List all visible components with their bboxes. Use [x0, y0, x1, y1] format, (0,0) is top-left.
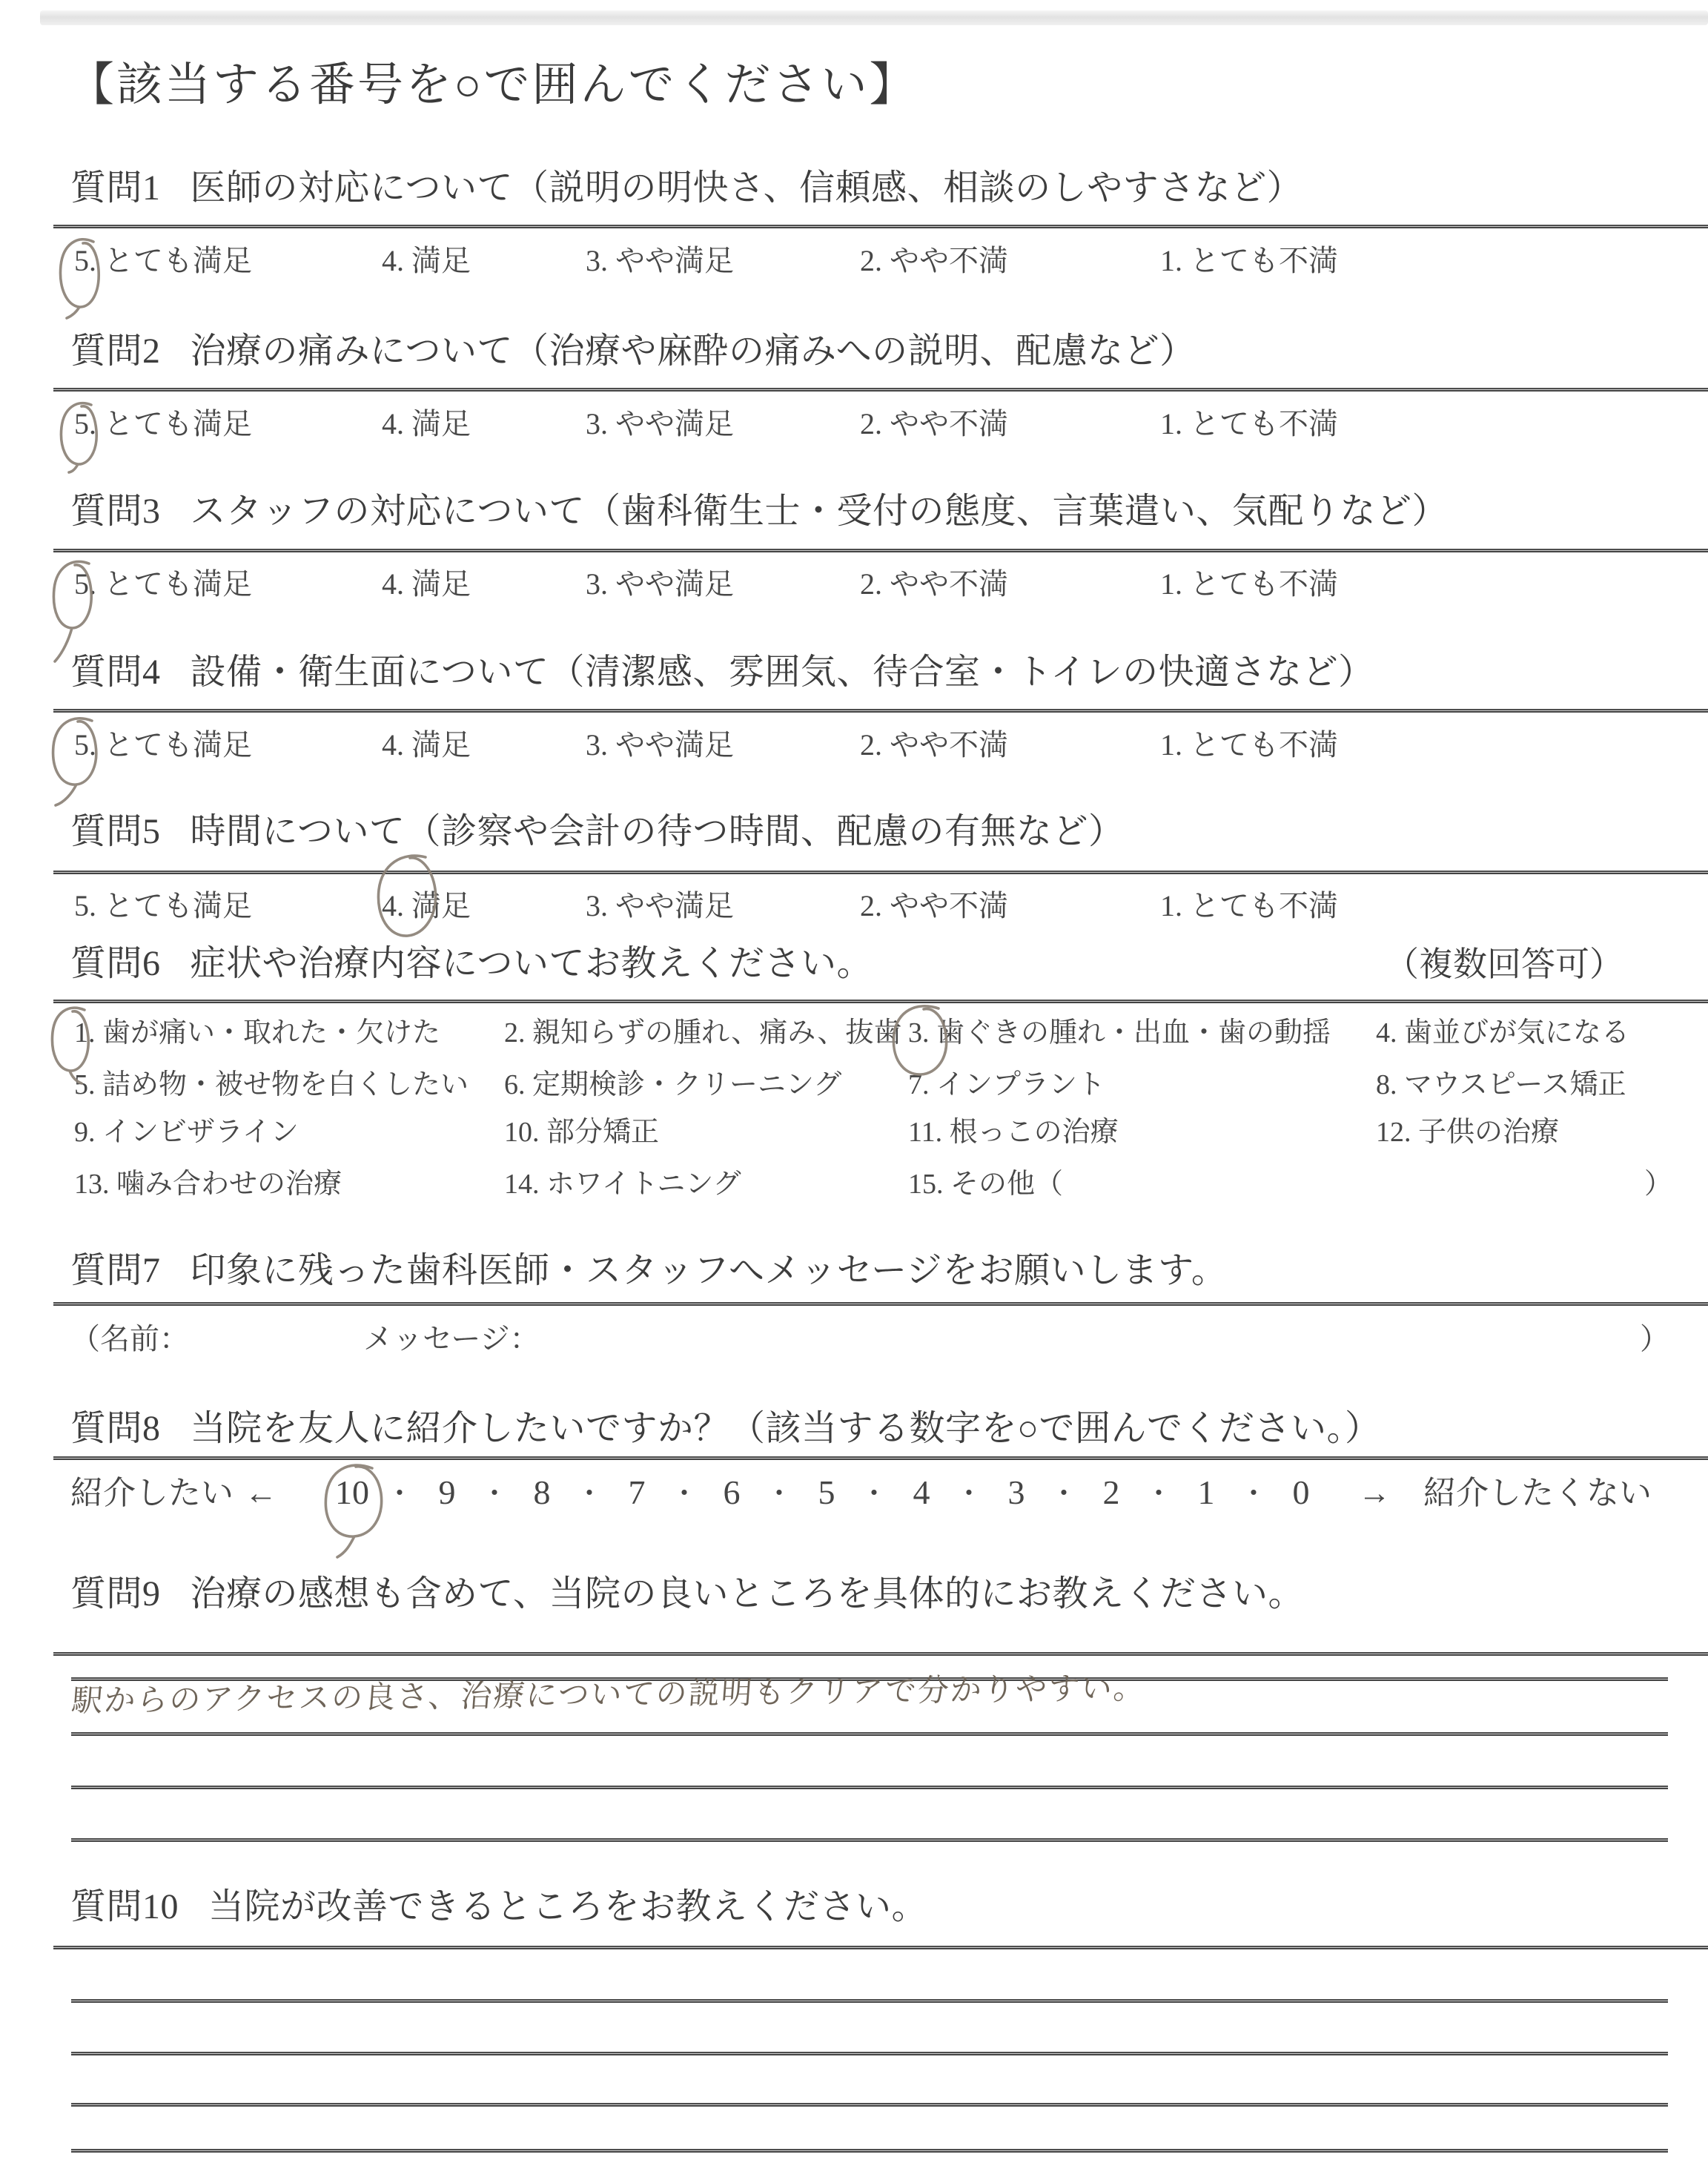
q9-answer-line-3 — [71, 1786, 1668, 1789]
q3-option-2: 2. やや不満 — [860, 569, 1008, 599]
q8-number-1: 1 — [1198, 1476, 1215, 1510]
question-5-text: 時間について（診察や会計の待つ時間、配慮の有無など） — [191, 812, 1125, 851]
q1-option-4: 4. 満足 — [382, 246, 471, 276]
q6-item-15: 15. その他（ — [908, 1170, 1063, 1198]
pencil-circle-q1-option5 — [55, 233, 108, 320]
rule-q7 — [53, 1302, 1708, 1306]
question-4-title: 質問4設備・衛生面について（清潔感、雰囲気、待合室・トイレの快適さなど） — [70, 655, 1374, 690]
rule-q4 — [53, 709, 1708, 713]
q8-number-9: 9 — [439, 1476, 456, 1510]
question-7-number: 質問7 — [70, 1251, 161, 1290]
scan-artifact-band — [40, 10, 1708, 25]
pencil-circle-q5-option4 — [369, 850, 446, 946]
pencil-circle-q3-option5 — [47, 556, 104, 664]
q8-number-2: 2 — [1103, 1476, 1120, 1510]
q8-left-label: 紹介したい — [70, 1477, 234, 1510]
q6-item-1: 1. 歯が痛い・取れた・欠けた — [74, 1019, 440, 1047]
question-1-title: 質問1医師の対応について（説明の明快さ、信頼感、相談のしやすさなど） — [70, 171, 1302, 206]
q3-option-1: 1. とても不満 — [1160, 569, 1338, 599]
rule-q3 — [53, 549, 1708, 552]
q5-option-2: 2. やや不満 — [860, 891, 1008, 921]
q6-item-13: 13. 噛み合わせの治療 — [74, 1170, 342, 1198]
question-1-text: 医師の対応について（説明の明快さ、信頼感、相談のしやすさなど） — [191, 168, 1303, 208]
question-7-text: 印象に残った歯科医師・スタッフへメッセージをお願いします。 — [191, 1251, 1228, 1290]
question-6-text: 症状や治療内容についてお教えください。 — [191, 944, 873, 983]
pencil-circle-q6-item1 — [46, 1003, 99, 1086]
q2-option-2: 2. やや不満 — [860, 409, 1008, 439]
rule-q1 — [53, 225, 1708, 228]
rule-q5 — [53, 871, 1708, 874]
q6-item-10: 10. 部分矯正 — [504, 1118, 659, 1146]
q8-dot: ・ — [955, 1480, 983, 1508]
q8-left-arrow: ← — [245, 1477, 277, 1510]
q6-item-12: 12. 子供の治療 — [1376, 1118, 1559, 1146]
question-8-text: 当院を友人に紹介したいですか？（該当する数字を○で囲んでください。） — [191, 1409, 1381, 1448]
pencil-circle-q8-number10 — [311, 1458, 394, 1562]
q3-option-4: 4. 満足 — [382, 569, 471, 599]
q6-item-4: 4. 歯並びが気になる — [1376, 1019, 1629, 1047]
question-5-title: 質問5時間について（診察や会計の待つ時間、配慮の有無など） — [70, 814, 1125, 850]
q8-dot: ・ — [480, 1480, 509, 1508]
q9-answer-line-2 — [71, 1732, 1668, 1736]
pencil-circle-q6-item3 — [887, 1001, 956, 1084]
q6-multi-answer-note: （複数回答可） — [1385, 948, 1623, 982]
q8-dot: ・ — [1239, 1480, 1268, 1508]
rule-q6 — [53, 1000, 1708, 1003]
rule-q2 — [53, 388, 1708, 392]
q6-item-11: 11. 根っこの治療 — [908, 1118, 1119, 1146]
question-8-title: 質問8当院を友人に紹介したいですか？（該当する数字を○で囲んでください。） — [70, 1411, 1381, 1447]
q8-number-4: 4 — [913, 1476, 930, 1510]
q8-dot: ・ — [670, 1480, 698, 1508]
q8-dot: ・ — [1145, 1480, 1173, 1508]
q6-item-2: 2. 親知らずの腫れ、痛み、抜歯 — [504, 1019, 902, 1047]
q6-item-8: 8. マウスピース矯正 — [1376, 1071, 1626, 1099]
q1-option-3: 3. やや満足 — [586, 246, 734, 276]
q6-item-9: 9. インビザライン — [74, 1118, 299, 1146]
q8-dot: ・ — [765, 1480, 793, 1508]
question-3-text: スタッフの対応について（歯科衛生士・受付の態度、言葉遣い、気配りなど） — [191, 492, 1449, 531]
q9-answer-line-4 — [71, 1838, 1668, 1842]
question-9-text: 治療の感想も含めて、当院の良いところを具体的にお教えください。 — [191, 1574, 1305, 1614]
question-8-number: 質問8 — [70, 1409, 161, 1448]
question-9-number: 質問9 — [70, 1574, 161, 1614]
q8-dot: ・ — [575, 1480, 603, 1508]
q8-number-8: 8 — [534, 1476, 551, 1510]
q8-dot: ・ — [860, 1480, 888, 1508]
q6-item-6: 6. 定期検診・クリーニング — [504, 1071, 841, 1099]
q2-option-1: 1. とても不満 — [1160, 409, 1338, 439]
q8-number-0: 0 — [1293, 1476, 1310, 1510]
q8-number-6: 6 — [724, 1476, 741, 1510]
q8-right-arrow: → — [1358, 1477, 1391, 1510]
page-title: 【該当する番号を○で囲んでください】 — [68, 62, 917, 108]
question-5-number: 質問5 — [70, 812, 161, 851]
question-6-number: 質問6 — [70, 944, 161, 983]
q3-option-3: 3. やや満足 — [586, 569, 734, 599]
q4-option-2: 2. やや不満 — [860, 730, 1008, 760]
q8-number-5: 5 — [818, 1476, 835, 1510]
q4-option-4: 4. 満足 — [382, 730, 471, 760]
q1-option-1: 1. とても不満 — [1160, 246, 1338, 276]
question-2-text: 治療の痛みについて（治療や麻酔の痛みへの説明、配慮など） — [191, 331, 1196, 371]
q7-close-paren: ） — [1640, 1324, 1669, 1354]
q8-dot: ・ — [1050, 1480, 1078, 1508]
scanned-survey-form: { "page_title": "【該当する番号を○で囲んでください】", "r… — [0, 0, 1708, 2160]
q8-number-3: 3 — [1008, 1476, 1025, 1510]
q6-item-14: 14. ホワイトニング — [504, 1170, 741, 1198]
q7-name-label: （名前： — [70, 1324, 189, 1354]
q6-item-5: 5. 詰め物・被せ物を白くしたい — [74, 1071, 469, 1099]
q5-option-5: 5. とても満足 — [74, 891, 252, 921]
rule-q10 — [53, 1946, 1708, 1949]
q6-item-3: 3. 歯ぐきの腫れ・出血・歯の動揺 — [908, 1019, 1331, 1047]
q10-answer-line-4 — [71, 2149, 1668, 2153]
pencil-circle-q4-option5 — [46, 712, 110, 810]
question-1-number: 質問1 — [70, 168, 161, 208]
question-3-number: 質問3 — [70, 492, 161, 531]
q10-answer-line-3 — [71, 2103, 1668, 2107]
question-6-title: 質問6症状や治療内容についてお教えください。 — [70, 946, 873, 982]
question-4-text: 設備・衛生面について（清潔感、雰囲気、待合室・トイレの快適さなど） — [191, 653, 1374, 692]
q1-option-2: 2. やや不満 — [860, 246, 1008, 276]
q2-option-3: 3. やや満足 — [586, 409, 734, 439]
question-7-title: 質問7印象に残った歯科医師・スタッフへメッセージをお願いします。 — [70, 1253, 1227, 1289]
q8-right-label: 紹介したくない — [1423, 1477, 1652, 1510]
q4-option-1: 1. とても不満 — [1160, 730, 1338, 760]
pencil-circle-q2-option5 — [56, 397, 104, 473]
q4-option-3: 3. やや満足 — [586, 730, 734, 760]
question-10-text: 当院が改善できるところをお教えください。 — [208, 1887, 927, 1926]
q5-option-1: 1. とても不満 — [1160, 891, 1338, 921]
rule-q9 — [53, 1652, 1708, 1656]
q2-option-4: 4. 満足 — [382, 409, 471, 439]
question-3-title: 質問3スタッフの対応について（歯科衛生士・受付の態度、言葉遣い、気配りなど） — [70, 494, 1448, 529]
q7-message-label: メッセージ： — [363, 1324, 540, 1354]
question-10-number: 質問10 — [70, 1887, 179, 1926]
q6-item-15-close-paren: ） — [1644, 1170, 1672, 1198]
question-9-title: 質問9治療の感想も含めて、当院の良いところを具体的にお教えください。 — [70, 1576, 1304, 1612]
question-2-title: 質問2治療の痛みについて（治療や麻酔の痛みへの説明、配慮など） — [70, 334, 1196, 369]
q10-answer-line-1 — [71, 1999, 1668, 2003]
question-2-number: 質問2 — [70, 331, 161, 371]
rule-q8 — [53, 1456, 1708, 1460]
q8-number-7: 7 — [629, 1476, 646, 1510]
question-4-number: 質問4 — [70, 653, 161, 692]
q10-answer-line-2 — [71, 2052, 1668, 2055]
q5-option-3: 3. やや満足 — [586, 891, 734, 921]
question-10-title: 質問10当院が改善できるところをお教えください。 — [70, 1889, 927, 1925]
